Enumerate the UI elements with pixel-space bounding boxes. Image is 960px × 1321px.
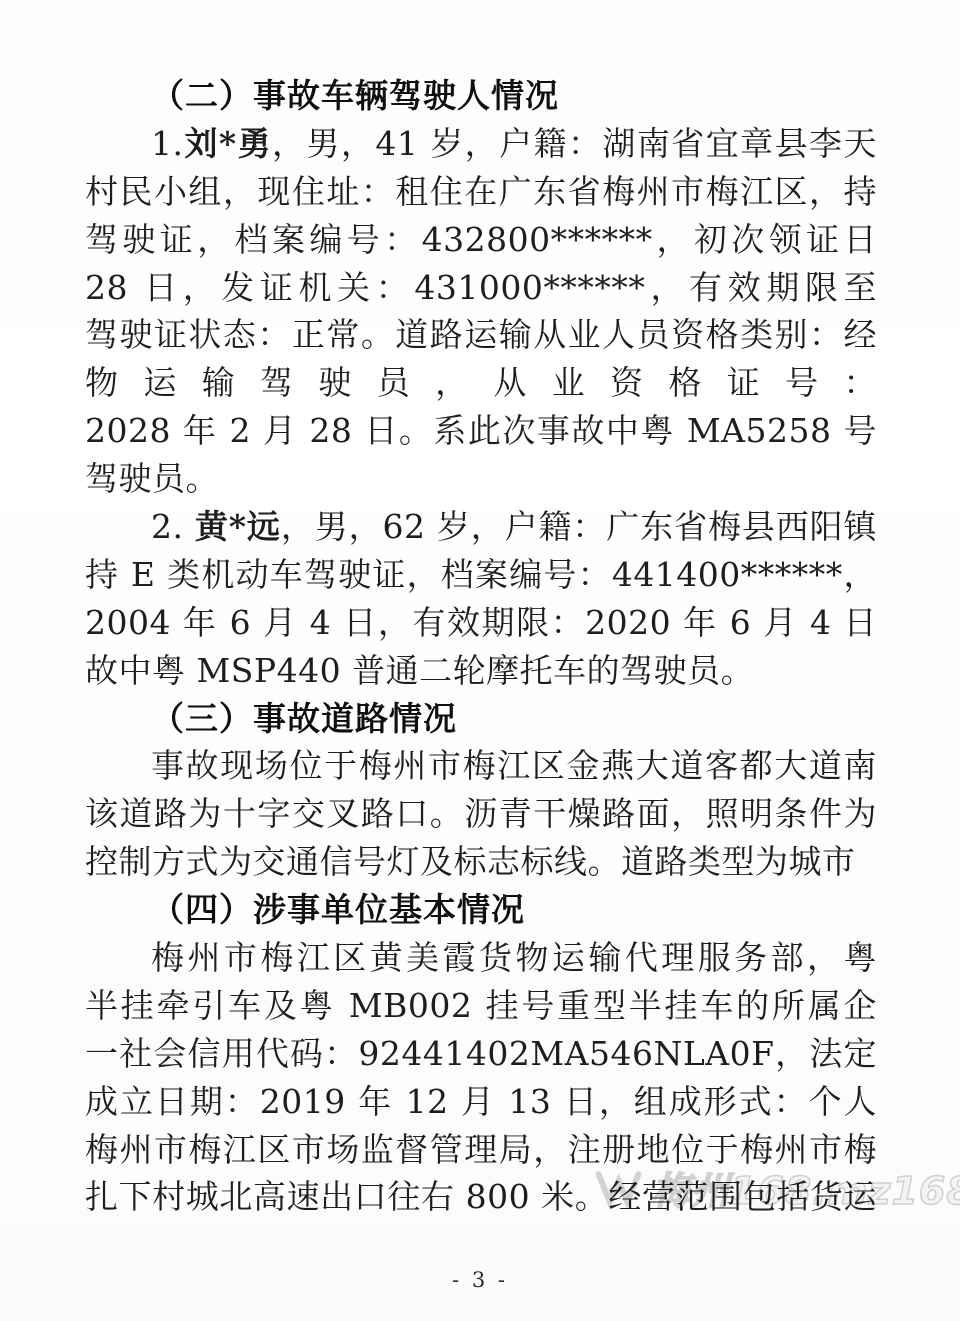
page-number: - 3 - xyxy=(452,1268,508,1292)
document-line: 驾驶证状态：正常。道路运输从业人员资格类别：经营性道路货 xyxy=(85,311,877,359)
section-heading: （四）涉事单位基本情况 xyxy=(85,886,877,934)
document-line: 成立日期：2019 年 12 月 13 日，组成形式：个人经营，登记机关： xyxy=(85,1078,877,1126)
text-segment: 1. xyxy=(151,124,184,163)
document-line: 村民小组，现住址：租住在广东省梅州市梅江区，持 A2 类机动车 xyxy=(85,168,877,216)
document-line: 驾驶证，档案编号：432800******，初次领证日期：2010 年 7 月 xyxy=(85,216,877,264)
document-content: （二）事故车辆驾驶人情况1.刘*勇，男，41 岁，户籍：湖南省宜章县李天乡上里村… xyxy=(85,72,877,1221)
document-line: 控制方式为交通信号灯及标志标线。道路类型为城市道路。 xyxy=(85,838,877,886)
document-line: 梅州市梅江区市场监督管理局，注册地位于梅州市梅江区城北镇 xyxy=(85,1126,877,1174)
document-line: 2028 年 2 月 28 日。系此次事故中粤 MA5258 号重型半挂牵引车的 xyxy=(85,407,877,455)
document-line: 故中粤 MSP440 普通二轮摩托车的驾驶员。 xyxy=(85,647,877,695)
document-line: 2. 黄*远，男，62 岁，户籍：广东省梅县西阳镇赛仁村岌下， xyxy=(85,503,877,551)
document-line: 物运输驾驶员，从业资格证号：4310221984*******，有效期至 xyxy=(85,359,877,407)
person-name: 刘*勇 xyxy=(184,124,273,163)
document-line: 驾驶员。 xyxy=(85,455,877,503)
text-segment: 2. xyxy=(151,507,195,546)
document-line: 持 E 类机动车驾驶证，档案编号：441400******，初次领证日期： xyxy=(85,551,877,599)
document-line: 1.刘*勇，男，41 岁，户籍：湖南省宜章县李天乡上里村第 4 xyxy=(85,120,877,168)
document-line: 梅州市梅江区黄美霞货物运输代理服务部，粤 MA5258 号重型 xyxy=(85,934,877,982)
document-line: 该道路为十字交叉路口。沥青干燥路面，照明条件为白天，交通 xyxy=(85,790,877,838)
section-heading: （二）事故车辆驾驶人情况 xyxy=(85,72,877,120)
person-name: 黄*远 xyxy=(195,507,281,546)
document-line: 半挂牵引车及粤 MB002 挂号重型半挂车的所属企业。该服务部统 xyxy=(85,982,877,1030)
document-line: 28 日，发证机关：431000******，有效期限至 2026 年 7 月 … xyxy=(85,264,877,312)
document-line: 扎下村城北高速出口往右 800 米。经营范围包括货运代理、货运 xyxy=(85,1173,877,1221)
document-line: 2004 年 6 月 4 日，有效期限：2020 年 6 月 4 日至长期。系此… xyxy=(85,599,877,647)
document-line: 一社会信用代码：92441402MA546NLA0F，法定代表人：黄美霞， xyxy=(85,1030,877,1078)
section-heading: （三）事故道路情况 xyxy=(85,695,877,743)
page-footer: - 3 - xyxy=(0,1268,960,1292)
document-page: 梅州168.mz168.com （二）事故车辆驾驶人情况1.刘*勇，男，41 岁… xyxy=(0,0,960,1321)
document-line: 事故现场位于梅州市梅江区金燕大道客都大道南 8 米路段， xyxy=(85,742,877,790)
